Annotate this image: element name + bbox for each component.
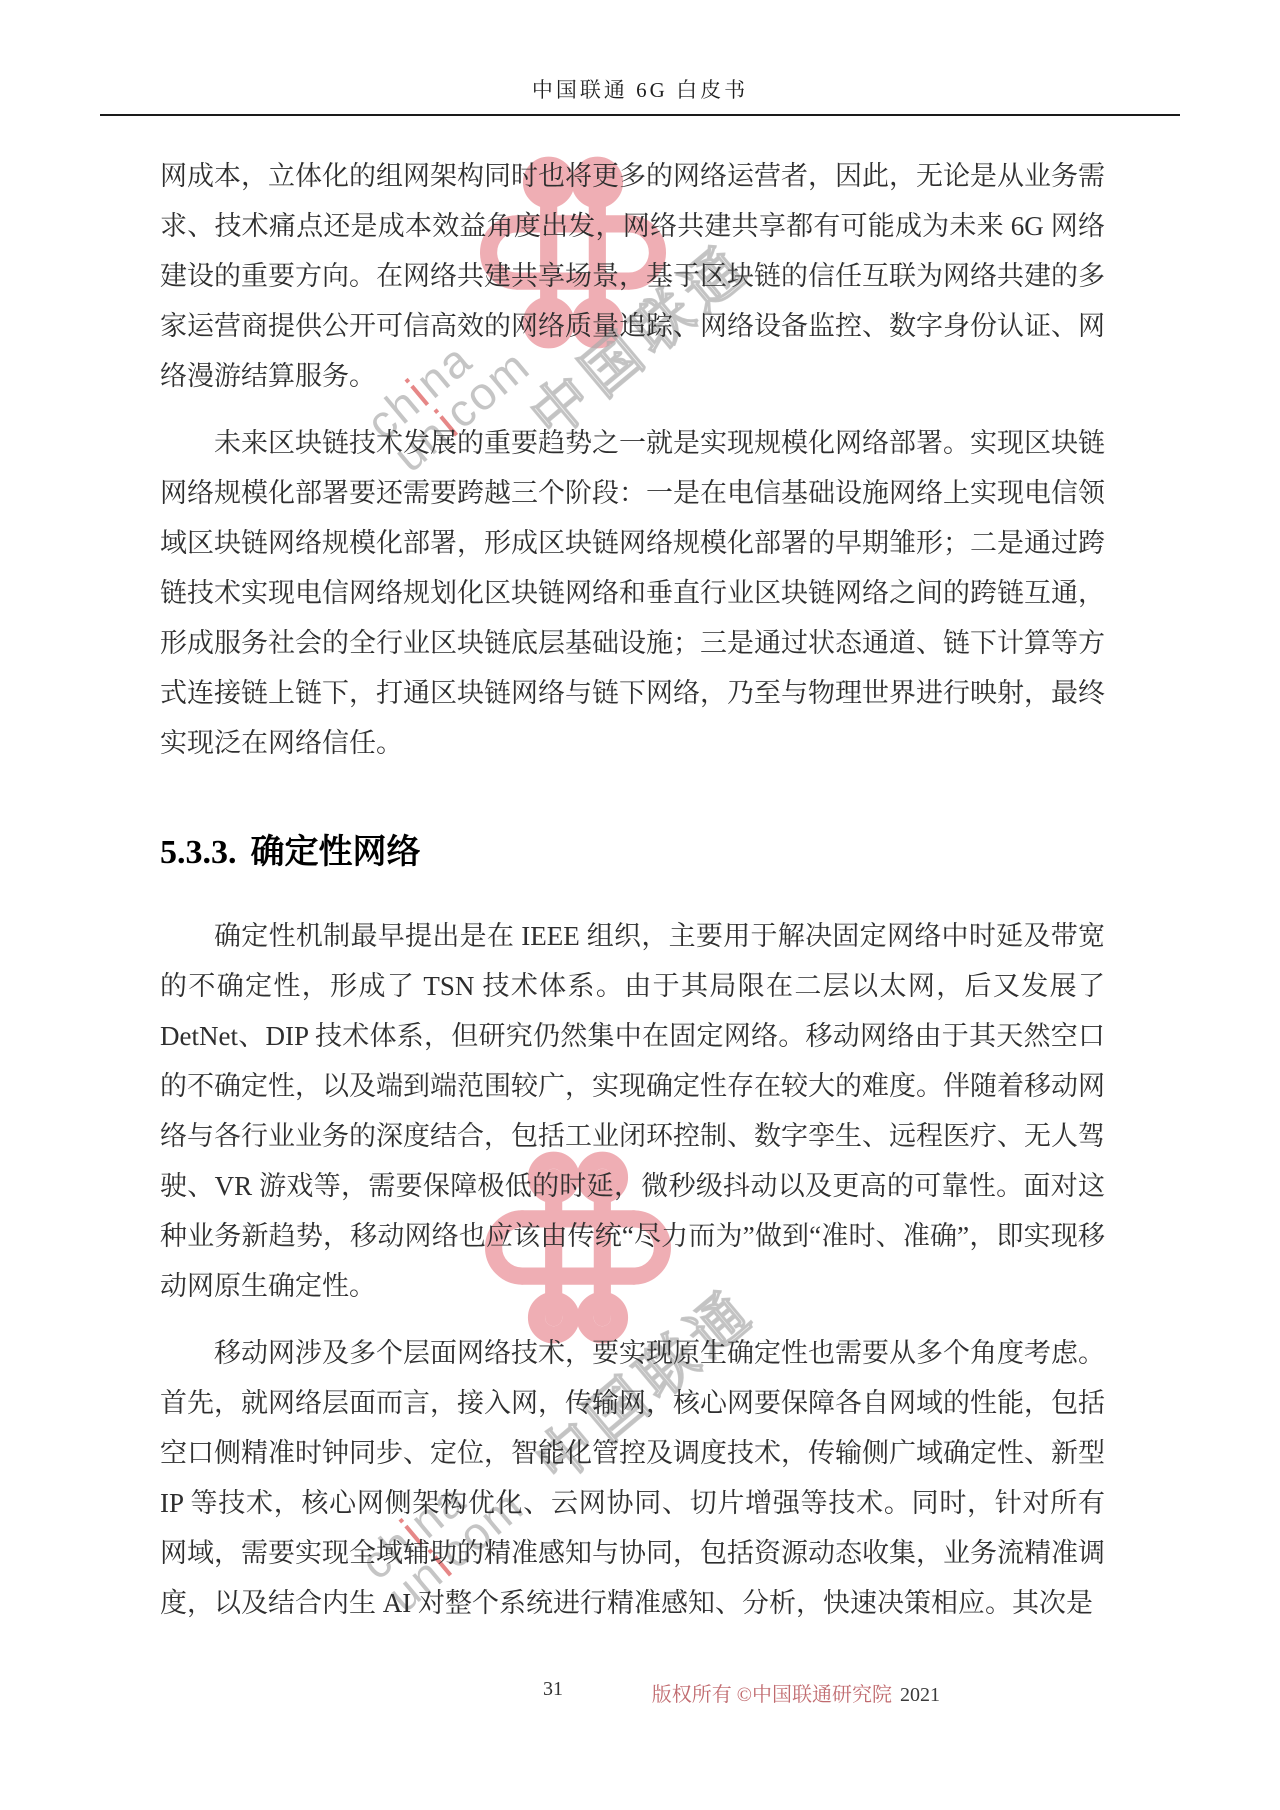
copyright-notice: 版权所有 ©中国联通研究院2021 — [652, 1678, 940, 1707]
document-page: 中国联通 6G 白皮书 china unicom 中国联通 — [0, 0, 1280, 1810]
section-title: 确定性网络 — [251, 834, 421, 871]
copyright-year: 2021 — [900, 1684, 940, 1706]
paragraph-blockchain-deployment: 未来区块链技术发展的重要趋势之一就是实现规模化网络部署。实现区块链网络规模化部署… — [160, 418, 1105, 768]
paragraph-mobile-network-layers: 移动网涉及多个层面网络技术，要实现原生确定性也需要从多个角度考虑。首先，就网络层… — [160, 1328, 1105, 1628]
header-rule — [100, 114, 1180, 116]
page-footer: 31 版权所有 ©中国联通研究院2021 — [0, 1678, 1280, 1708]
paragraph-deterministic-mechanism: 确定性机制最早提出是在 IEEE 组织，主要用于解决固定网络中时延及带宽的不确定… — [160, 911, 1105, 1311]
page-content: 网成本，立体化的组网架构同时也将更多的网络运营者，因此，无论是从业务需求、技术痛… — [160, 151, 1105, 1645]
copyright-text: 版权所有 ©中国联通研究院 — [652, 1684, 892, 1706]
page-number: 31 — [543, 1678, 563, 1701]
page-header-title: 中国联通 6G 白皮书 — [0, 74, 1280, 104]
paragraph-network-sharing: 网成本，立体化的组网架构同时也将更多的网络运营者，因此，无论是从业务需求、技术痛… — [160, 151, 1105, 401]
section-heading: 5.3.3.确定性网络 — [160, 823, 1105, 883]
section-number: 5.3.3. — [160, 834, 237, 871]
